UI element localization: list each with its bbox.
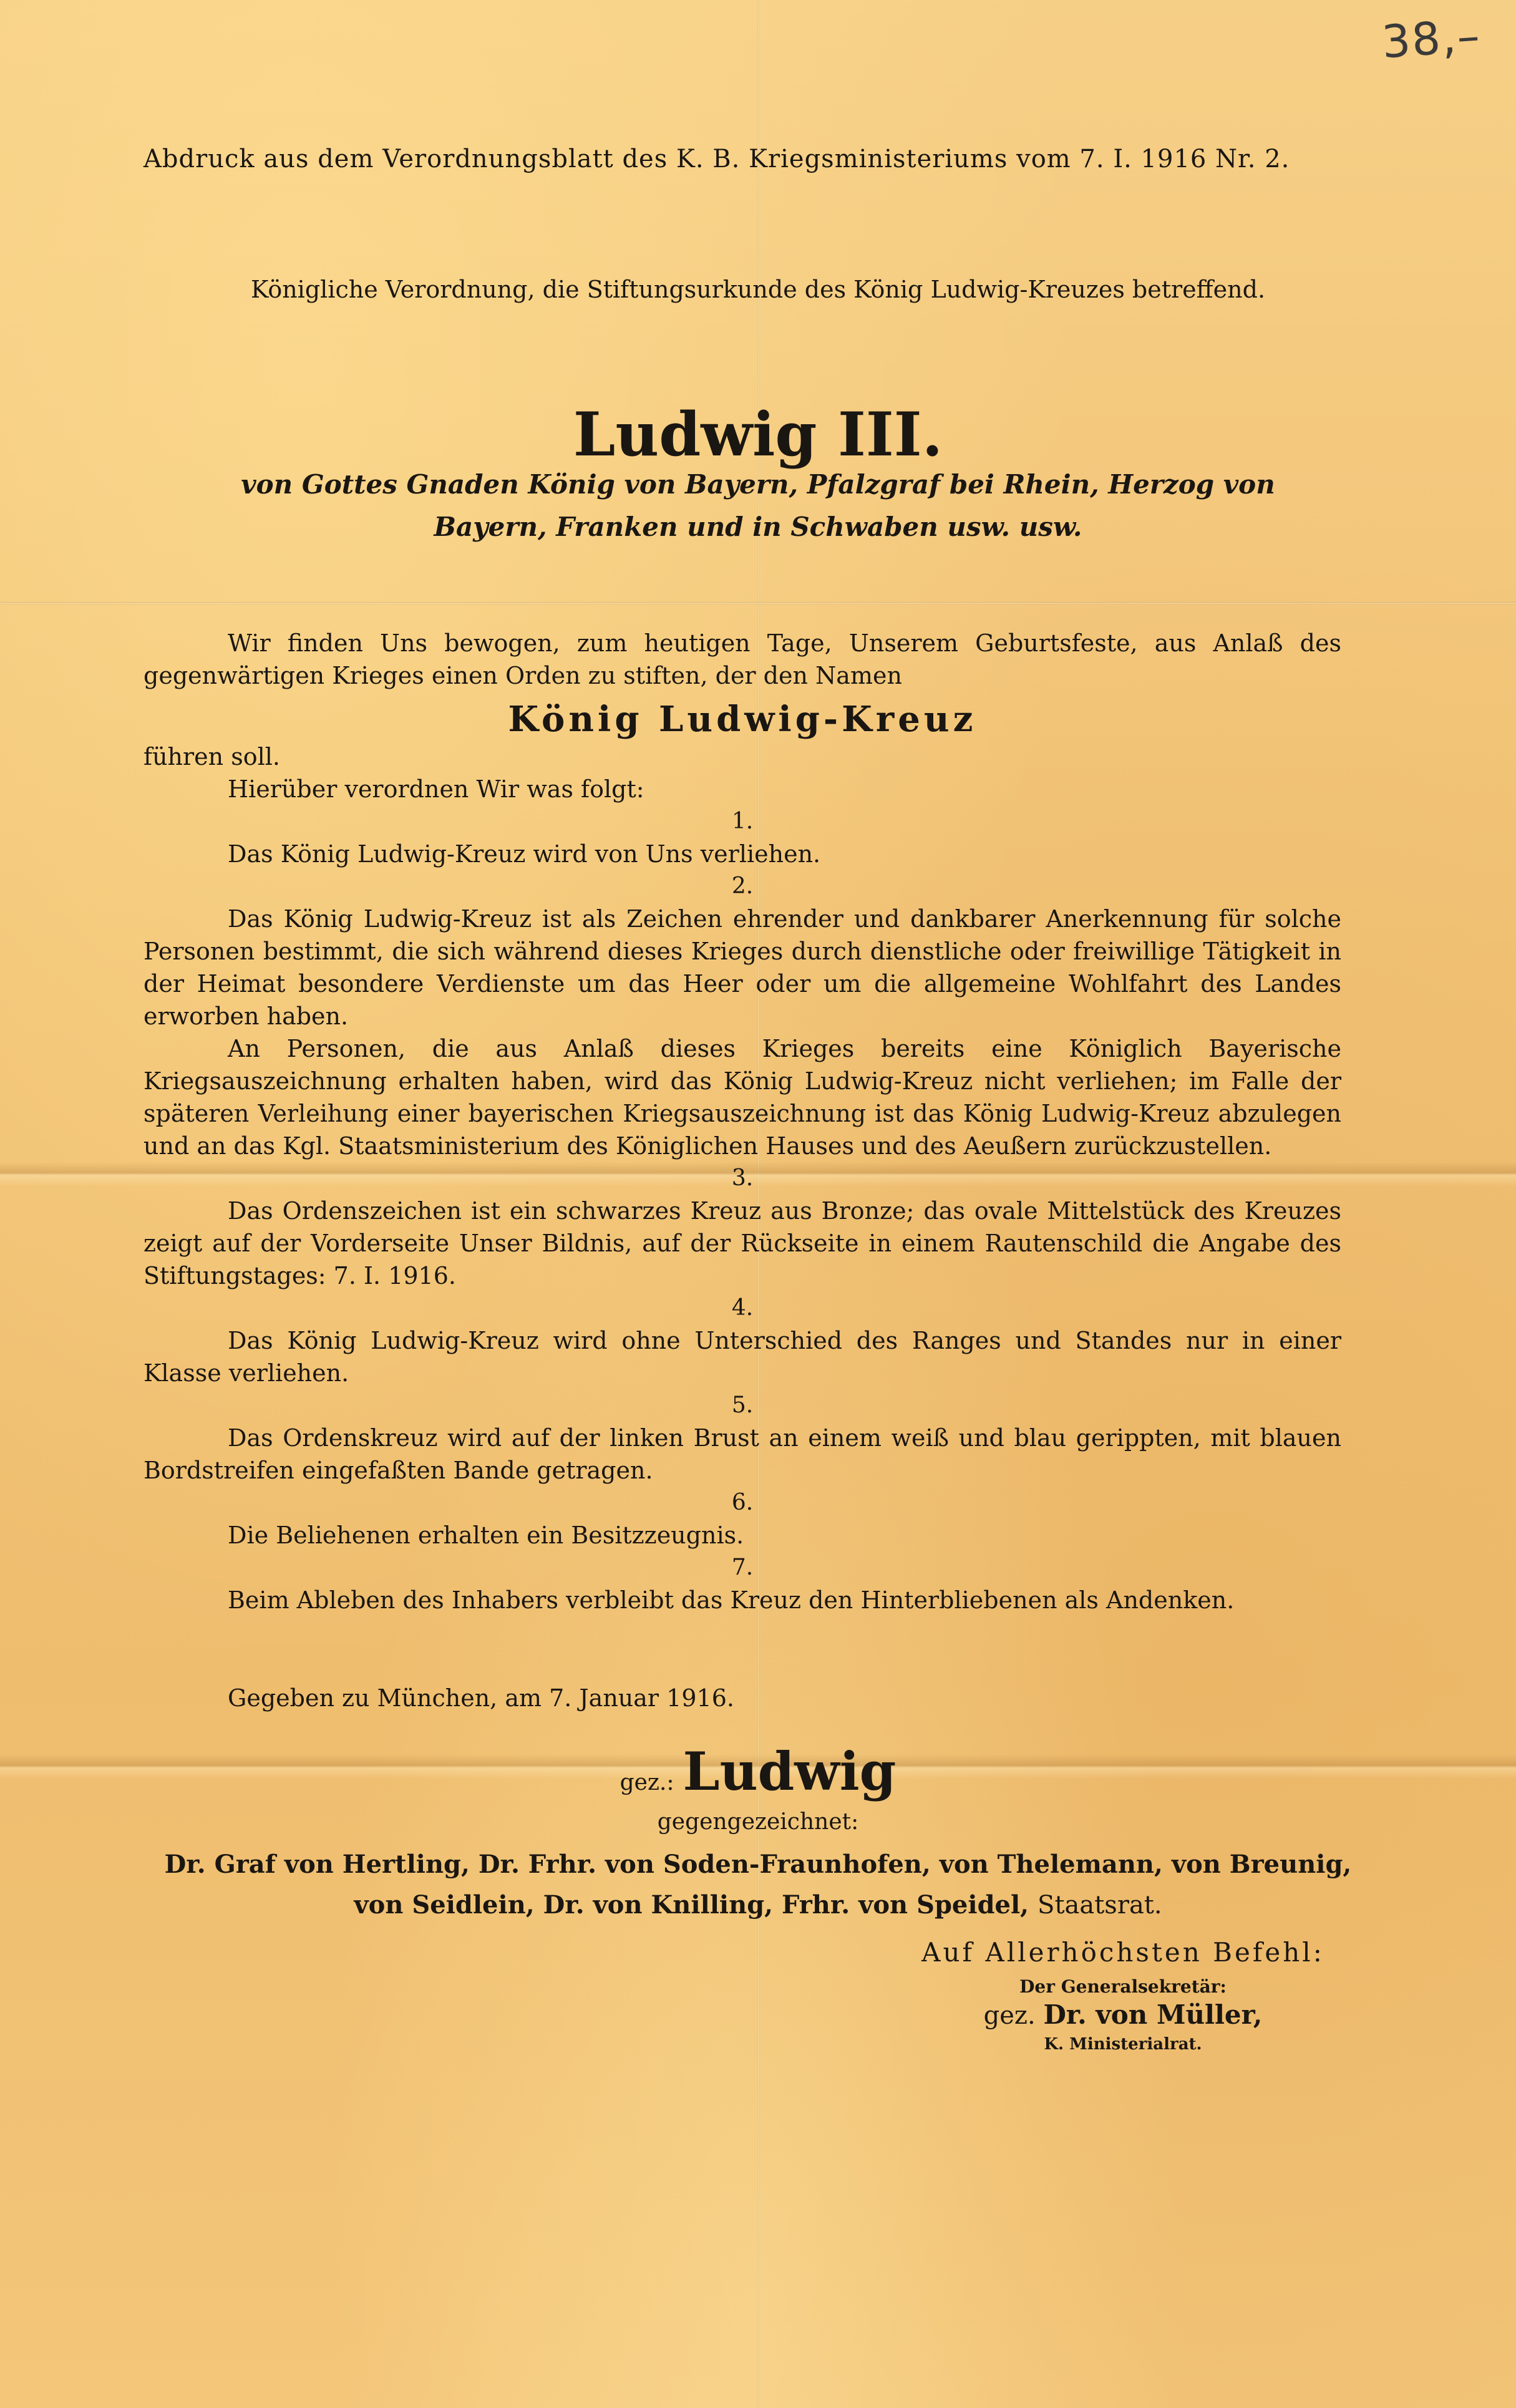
ministers-line-1: Dr. Graf von Hertling, Dr. Frhr. von Sod…	[0, 1850, 1516, 1879]
ministers-line-2: von Seidlein, Dr. von Knilling, Frhr. vo…	[0, 1890, 1516, 1920]
decree-intro: Hierüber verordnen Wir was folgt:	[143, 773, 1341, 805]
signature-prefix: gez.:	[620, 1770, 674, 1795]
signature-name: Ludwig	[683, 1740, 896, 1802]
document-body: Wir finden Uns bewogen, zum heutigen Tag…	[143, 627, 1341, 1616]
sovereign-name: Ludwig III.	[0, 399, 1516, 470]
article-number: 7.	[143, 1551, 1341, 1584]
ministers-suffix: Staatsrat.	[1037, 1891, 1162, 1920]
article-number: 4.	[143, 1292, 1341, 1324]
horizontal-fold	[0, 602, 1516, 604]
secretary-rank: K. Ministerialrat.	[917, 2035, 1329, 2054]
order-line: Auf Allerhöchsten Befehl:	[917, 1937, 1329, 1968]
secretary-signature: gez. Dr. von Müller,	[917, 1999, 1329, 2030]
preamble: Wir finden Uns bewogen, zum heutigen Tag…	[143, 627, 1341, 692]
article-text: An Personen, die aus Anlaß dieses Kriege…	[143, 1032, 1341, 1162]
article-number: 2.	[143, 870, 1341, 903]
given-at: Gegeben zu München, am 7. Januar 1916.	[228, 1684, 734, 1712]
royal-signature: gez.:Ludwig	[0, 1740, 1516, 1802]
article-number: 6.	[143, 1487, 1341, 1519]
countersigned-label: gegengezeichnet:	[0, 1809, 1516, 1835]
award-name: König Ludwig-Kreuz	[143, 703, 1341, 736]
secretary-title: Der Generalsekretär:	[917, 1976, 1329, 1997]
handwritten-note: 38,–	[1380, 9, 1482, 69]
header-line: Abdruck aus dem Verordnungsblatt des K. …	[143, 145, 1290, 173]
article-text: Das König Ludwig-Kreuz wird von Uns verl…	[143, 838, 1341, 870]
article-text: Die Beliehenen erhalten ein Besitzzeugni…	[143, 1519, 1341, 1551]
secretary-name: Dr. von Müller,	[1043, 1999, 1262, 2030]
article-text: Das Ordenszeichen ist ein schwarzes Kreu…	[143, 1195, 1341, 1292]
article-text: Das Ordenskreuz wird auf der linken Brus…	[143, 1422, 1341, 1487]
article-text: Das König Ludwig-Kreuz wird ohne Untersc…	[143, 1324, 1341, 1389]
article-text: Das König Ludwig-Kreuz ist als Zeichen e…	[143, 903, 1341, 1032]
ministers-names: von Seidlein, Dr. von Knilling, Frhr. vo…	[354, 1890, 1029, 1920]
subject-line: Königliche Verordnung, die Stiftungsurku…	[0, 276, 1516, 303]
sovereign-titles-2: Bayern, Franken und in Schwaben usw. usw…	[0, 512, 1516, 542]
article-number: 3.	[143, 1162, 1341, 1195]
preamble-end: führen soll.	[143, 740, 1341, 773]
sovereign-titles-1: von Gottes Gnaden König von Bayern, Pfal…	[0, 469, 1516, 500]
article-number: 1.	[143, 805, 1341, 838]
document-page: 38,– Abdruck aus dem Verordnungsblatt de…	[0, 0, 1516, 2408]
article-text: Beim Ableben des Inhabers verbleibt das …	[143, 1584, 1341, 1616]
secretary-prefix: gez.	[984, 2001, 1036, 2030]
article-number: 5.	[143, 1389, 1341, 1422]
